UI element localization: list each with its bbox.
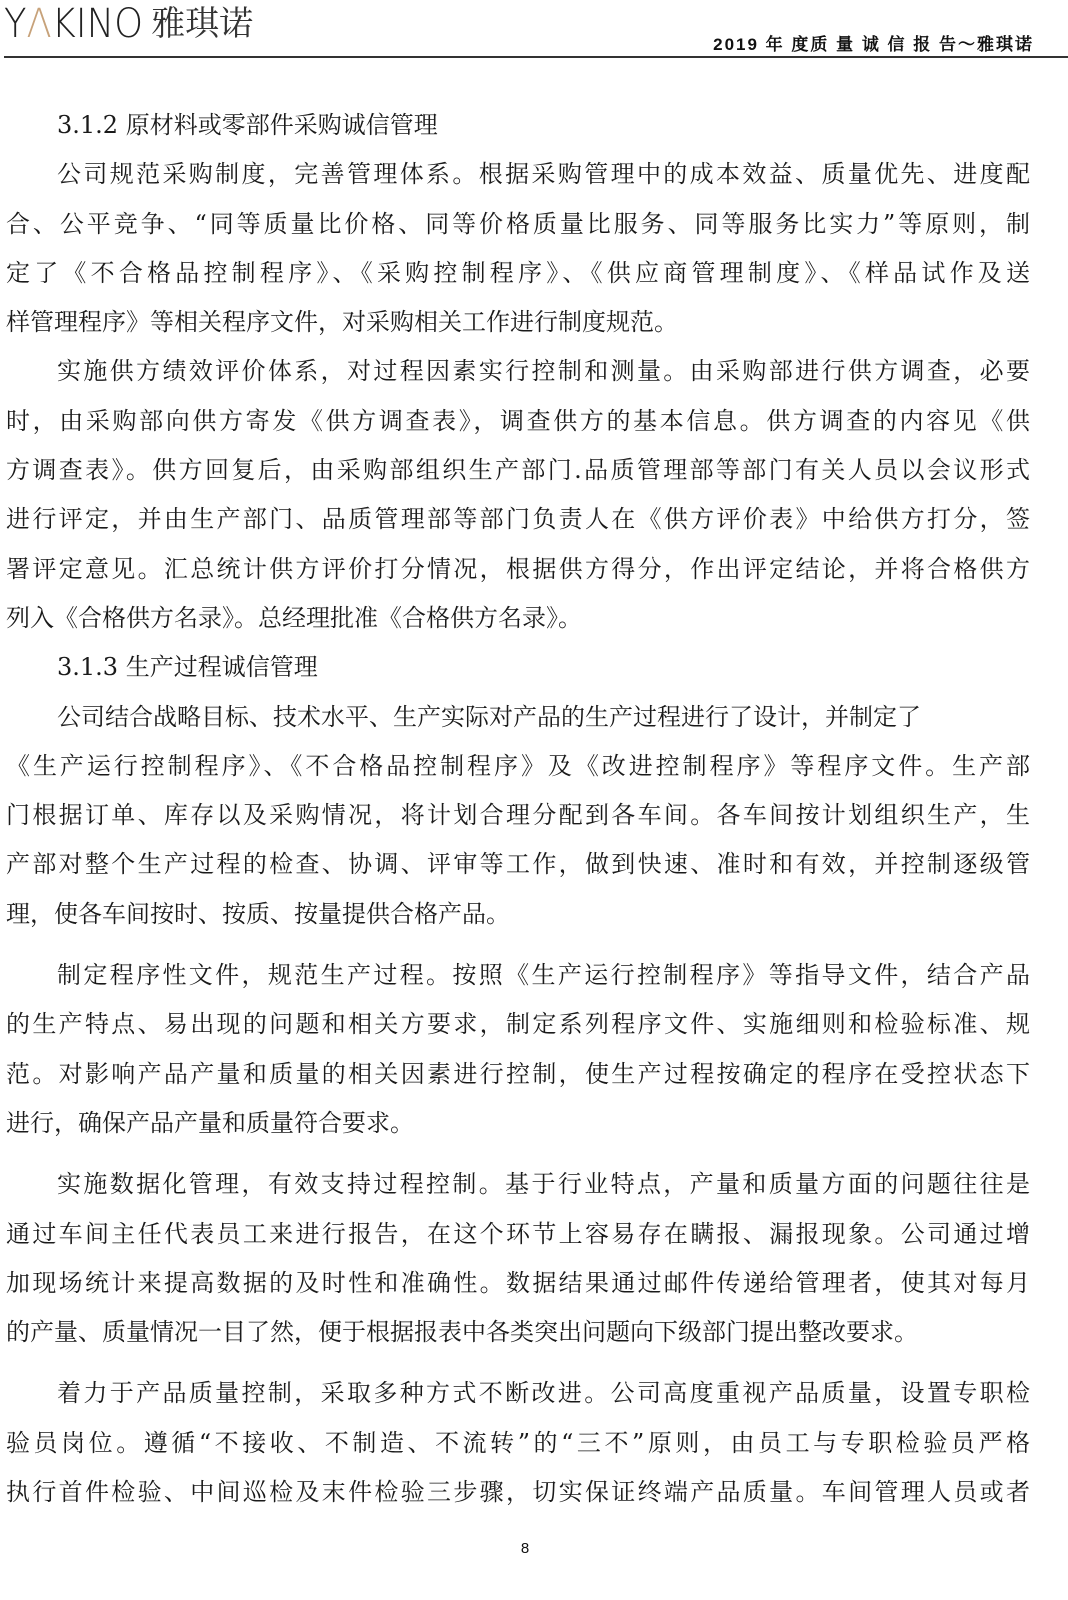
paragraph-production-process: 公司结合战略目标、技术水平、生产实际对产品的生产过程进行了设计，并制定了 《生产… — [6, 693, 1030, 939]
text-line: 方调查表》。供方回复后，由采购部组织生产部门.品质管理部等部门有关人员以会议形式 — [6, 446, 1030, 495]
text-line: 执行首件检验、中间巡检及末件检验三步骤，切实保证终端产品质量。车间管理人员或者 — [6, 1468, 1030, 1517]
paragraph-spacer — [6, 1357, 1030, 1369]
text-line: 产部对整个生产过程的检查、协调、评审等工作，做到快速、准时和有效，并控制逐级管 — [6, 840, 1030, 889]
paragraph-supplier-evaluation: 实施供方绩效评价体系，对过程因素实行控制和测量。由采购部进行供方调查，必要 时，… — [6, 347, 1030, 643]
logo-letter-y: Y — [4, 1, 26, 47]
report-title: 2019 年 度质 量 诚 信 报 告～雅琪诺 — [713, 30, 1034, 55]
text-line: 列入《合格供方名录》。总经理批准《合格供方名录》。 — [6, 594, 1030, 643]
text-line: 时，由采购部向供方寄发《供方调查表》，调查供方的基本信息。供方调查的内容见《供 — [6, 397, 1030, 446]
logo-letters-kino: KINO — [52, 1, 143, 47]
page-header: YΛKINO 雅琪诺 2019 年 度质 量 诚 信 报 告～雅琪诺 — [0, 0, 1068, 60]
text-line: 署评定意见。汇总统计供方评价打分情况，根据供方得分，作出评定结论，并将合格供方 — [6, 545, 1030, 594]
header-divider — [4, 56, 1068, 58]
text-line: 《生产运行控制程序》、《不合格品控制程序》及《改进控制程序》等程序文件。生产部 — [6, 742, 1030, 791]
section-heading-3-1-3: 3.1.3 生产过程诚信管理 — [6, 643, 1030, 692]
logo-wordmark: YΛKINO — [4, 2, 143, 46]
text-line: 公司结合战略目标、技术水平、生产实际对产品的生产过程进行了设计，并制定了 — [6, 693, 1030, 742]
text-line: 范。对影响产品产量和质量的相关因素进行控制，使生产过程按确定的程序在受控状态下 — [6, 1050, 1030, 1099]
text-line: 进行评定，并由生产部门、品质管理部等部门负责人在《供方评价表》中给供方打分，签 — [6, 495, 1030, 544]
paragraph-data-management: 实施数据化管理，有效支持过程控制。基于行业特点，产量和质量方面的问题往往是 通过… — [6, 1160, 1030, 1357]
text-line: 合、公平竞争、“同等质量比价格、同等价格质量比服务、同等服务比实力”等原则，制 — [6, 200, 1030, 249]
text-line: 门根据订单、库存以及采购情况，将计划合理分配到各车间。各车间按计划组织生产，生 — [6, 791, 1030, 840]
paragraph-spacer — [6, 1148, 1030, 1160]
text-line: 验员岗位。遵循“不接收、不制造、不流转”的“三不”原则，由员工与专职检验员严格 — [6, 1419, 1030, 1468]
logo-letter-a-accent: Λ — [26, 1, 51, 47]
text-line: 定了《不合格品控制程序》、《采购控制程序》、《供应商管理制度》、《样品试作及送 — [6, 249, 1030, 298]
page-number: 8 — [0, 1540, 1050, 1557]
paragraph-spacer — [6, 939, 1030, 951]
paragraph-procedural-documents: 制定程序性文件，规范生产过程。按照《生产运行控制程序》等指导文件，结合产品 的生… — [6, 951, 1030, 1148]
text-line: 样管理程序》等相关程序文件，对采购相关工作进行制度规范。 — [6, 298, 1030, 347]
paragraph-quality-control: 着力于产品质量控制，采取多种方式不断改进。公司高度重视产品质量，设置专职检 验员… — [6, 1369, 1030, 1517]
company-logo: YΛKINO 雅琪诺 — [4, 2, 253, 46]
text-line: 公司规范采购制度，完善管理体系。根据采购管理中的成本效益、质量优先、进度配 — [6, 150, 1030, 199]
text-line: 着力于产品质量控制，采取多种方式不断改进。公司高度重视产品质量，设置专职检 — [6, 1369, 1030, 1418]
text-line: 实施供方绩效评价体系，对过程因素实行控制和测量。由采购部进行供方调查，必要 — [6, 347, 1030, 396]
text-line: 理，使各车间按时、按质、按量提供合格产品。 — [6, 890, 1030, 939]
text-line: 的产量、质量情况一目了然，便于根据报表中各类突出问题向下级部门提出整改要求。 — [6, 1308, 1030, 1357]
text-line: 实施数据化管理，有效支持过程控制。基于行业特点，产量和质量方面的问题往往是 — [6, 1160, 1030, 1209]
paragraph-procurement-system: 公司规范采购制度，完善管理体系。根据采购管理中的成本效益、质量优先、进度配 合、… — [6, 150, 1030, 347]
text-line: 加现场统计来提高数据的及时性和准确性。数据结果通过邮件传递给管理者，使其对每月 — [6, 1259, 1030, 1308]
text-line: 进行，确保产品产量和质量符合要求。 — [6, 1099, 1030, 1148]
text-line: 通过车间主任代表员工来进行报告，在这个环节上容易存在瞒报、漏报现象。公司通过增 — [6, 1210, 1030, 1259]
text-line: 制定程序性文件，规范生产过程。按照《生产运行控制程序》等指导文件，结合产品 — [6, 951, 1030, 1000]
logo-chinese-name: 雅琪诺 — [151, 2, 253, 46]
text-line: 的生产特点、易出现的问题和相关方要求，制定系列程序文件、实施细则和检验标准、规 — [6, 1000, 1030, 1049]
section-heading-3-1-2: 3.1.2 原材料或零部件采购诚信管理 — [6, 101, 1030, 150]
document-body: 3.1.2 原材料或零部件采购诚信管理 公司规范采购制度，完善管理体系。根据采购… — [6, 101, 1030, 1517]
